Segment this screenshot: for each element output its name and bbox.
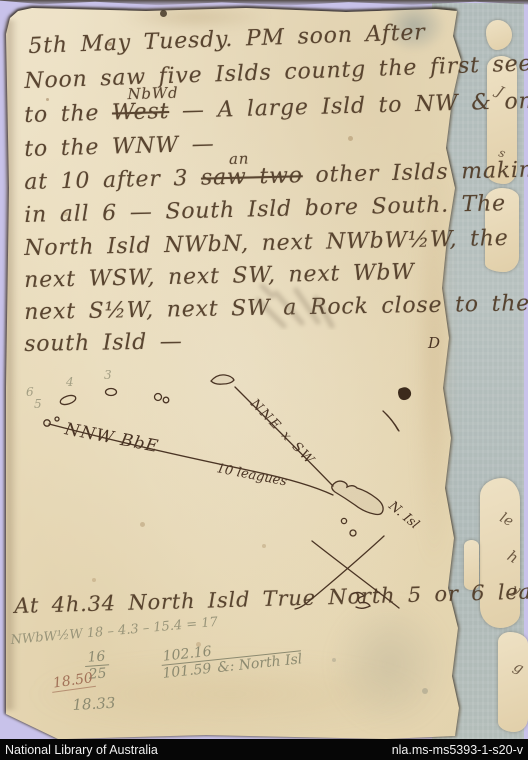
correction: NbWdWest <box>112 99 170 126</box>
foxing-spot <box>348 136 353 141</box>
foxing-spot <box>160 10 167 17</box>
library-name: National Library of Australia <box>5 743 158 757</box>
foxing-spot <box>46 98 49 101</box>
inserted-word: an <box>229 149 250 167</box>
manuscript-line-10: south Isld — <box>24 329 183 357</box>
scanned-manuscript-page: J s le h y g 5th May Tuesdy. PM soon Aft… <box>0 0 528 760</box>
catalog-id: nla.ms-ms5393-1-s20-v <box>392 743 523 757</box>
catalog-footer-bar: National Library of Australia nla.ms-ms5… <box>0 739 528 760</box>
struck-word: West <box>112 99 170 126</box>
foxing-spot <box>332 658 336 662</box>
foxing-spot <box>262 544 266 548</box>
calc-result-2: 18.33 <box>72 694 116 714</box>
foxing-spot <box>422 688 428 694</box>
torn-paper-fragment <box>498 632 528 732</box>
foxing-spot <box>92 578 96 582</box>
correction: ansaw two <box>201 163 303 190</box>
manuscript-line-4: to the WNW — <box>24 132 215 162</box>
fraction-numerator: 16 <box>84 648 109 667</box>
foxing-spot <box>140 522 145 527</box>
inserted-word: NbWd <box>127 84 178 103</box>
struck-word: saw two <box>201 163 303 190</box>
